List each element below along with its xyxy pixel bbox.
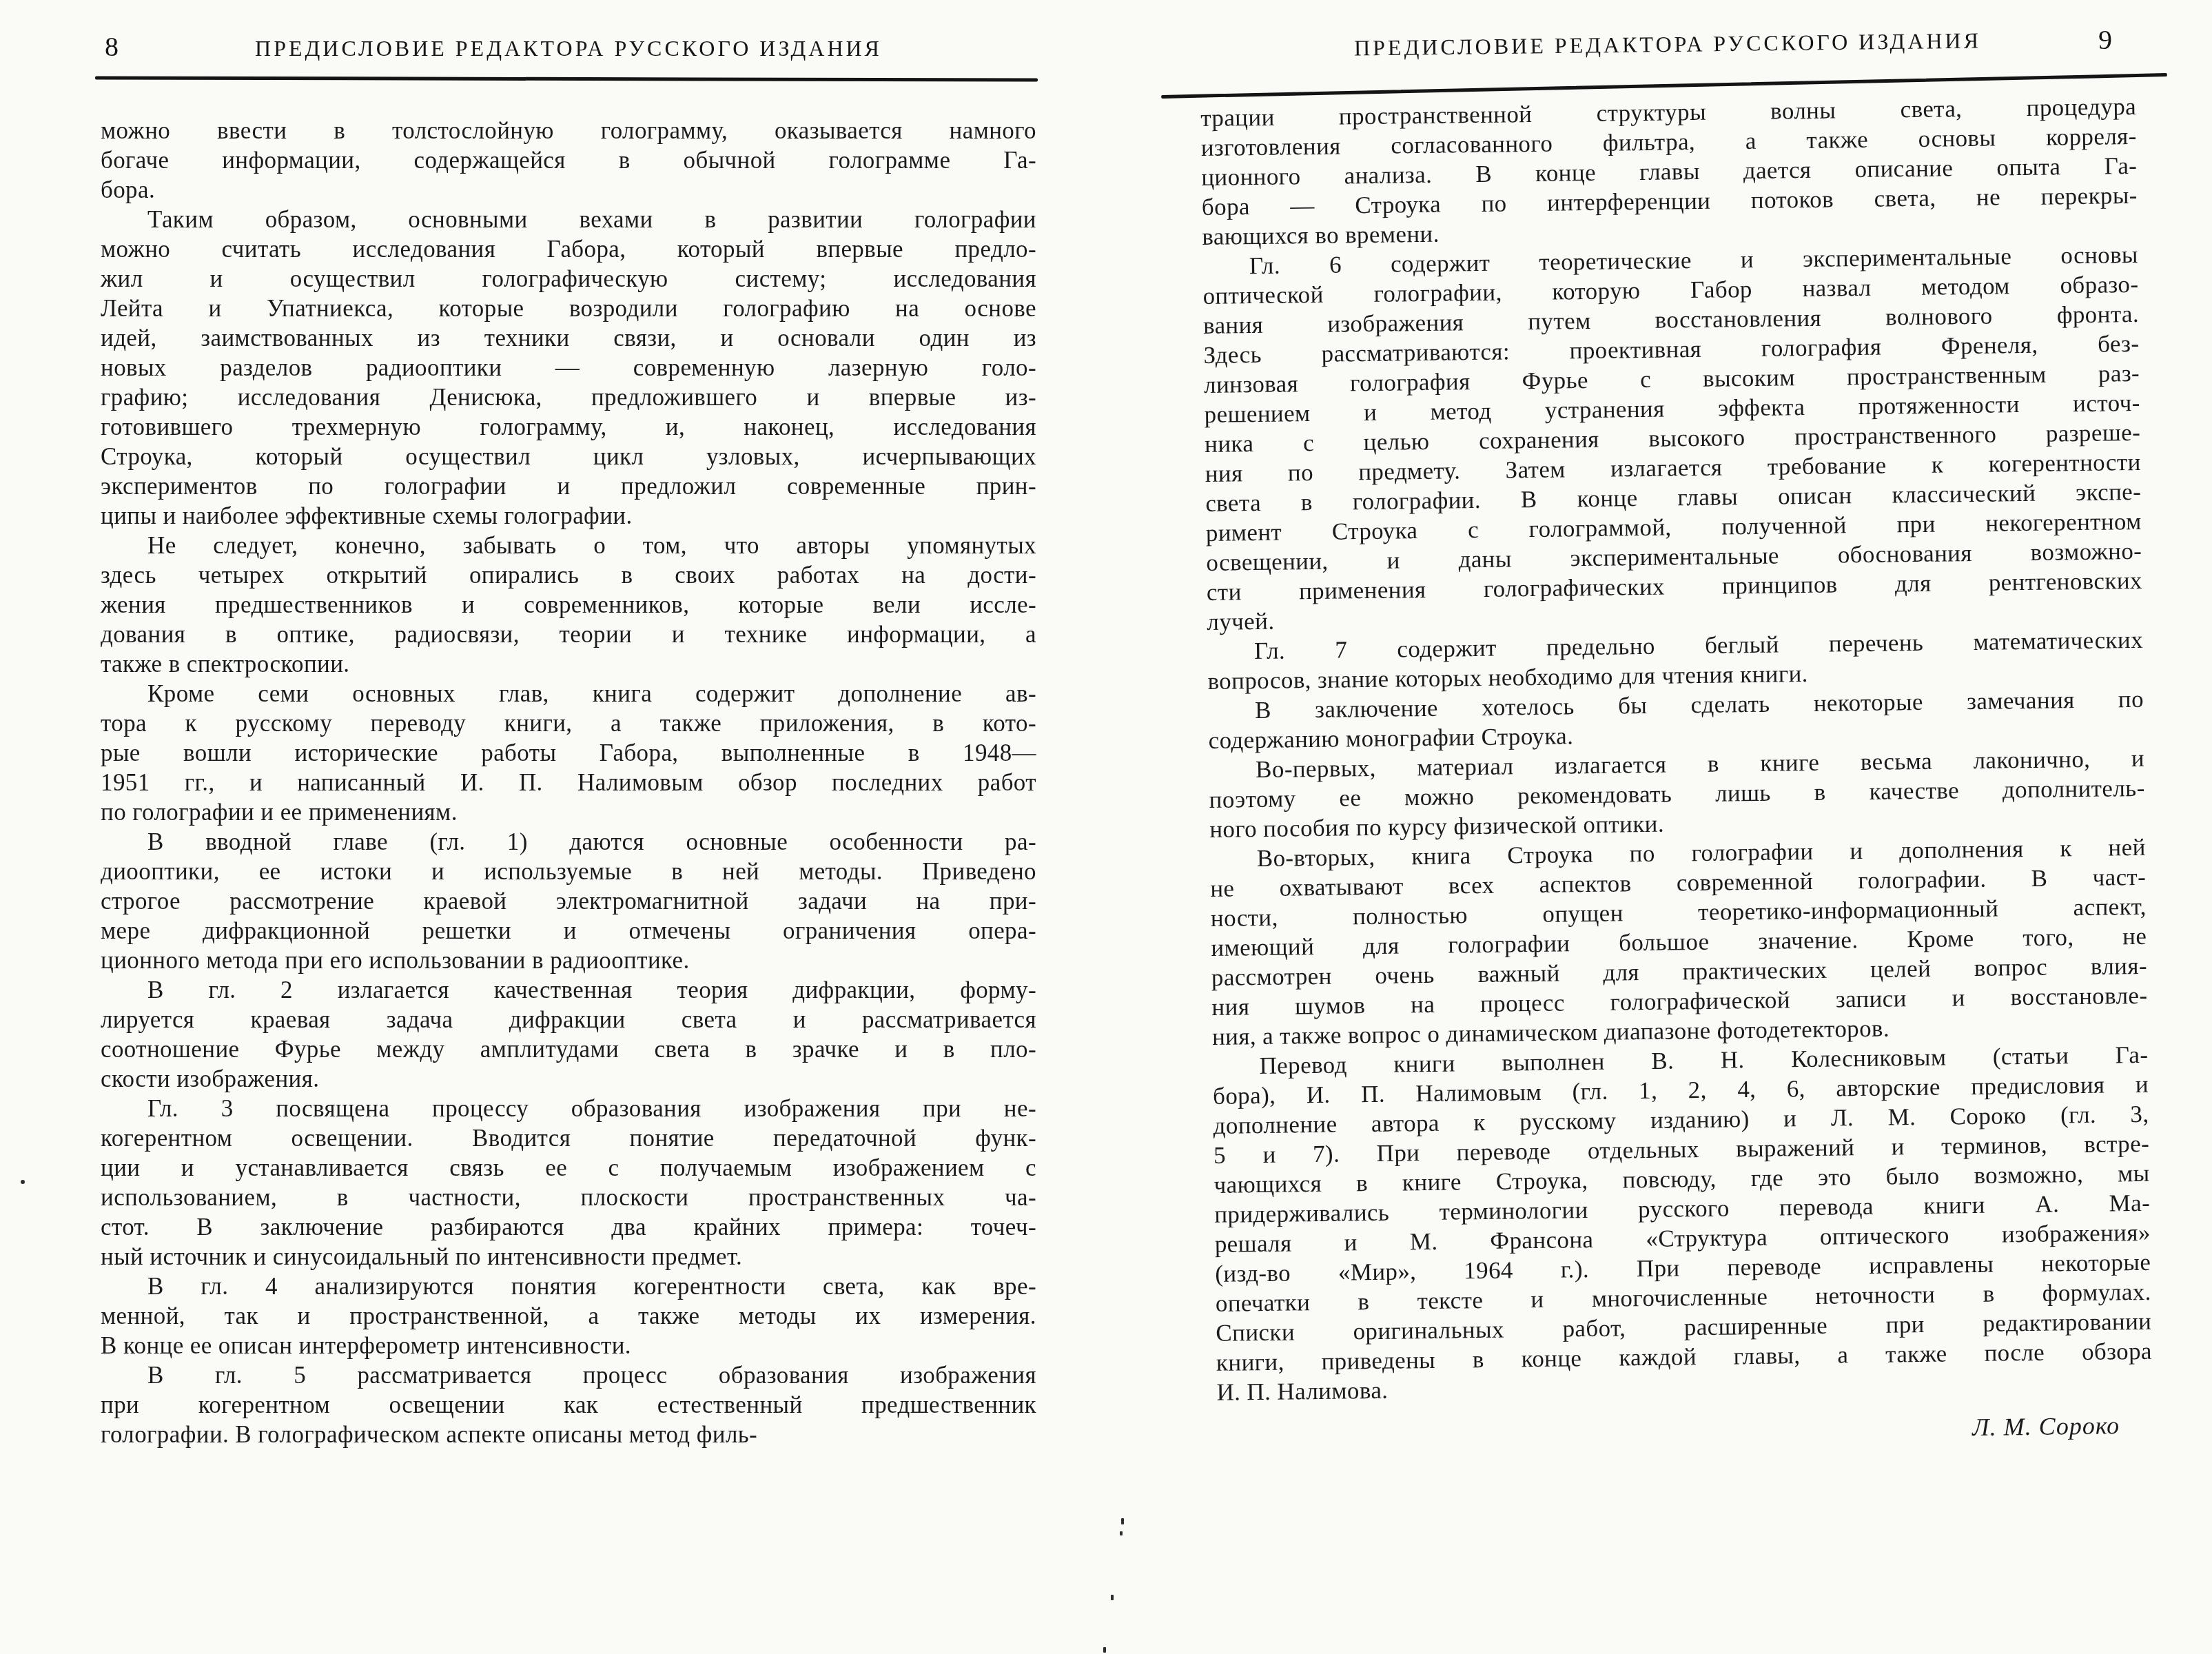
text-line: менной, так и пространственной, а также … (101, 1301, 1036, 1331)
page-number-right: 9 (2098, 23, 2112, 56)
text-line: Таким образом, основными вехами в развит… (101, 205, 1036, 234)
text-line: тора к русскому переводу книги, а также … (101, 708, 1036, 738)
text-line: готовившего трехмерную голограмму, и, на… (101, 412, 1036, 442)
text-line: богаче информации, содержащейся в обычно… (101, 145, 1036, 175)
text-line: В гл. 4 анализируются понятия когерентно… (101, 1272, 1036, 1301)
paragraph: трации пространственной структуры волны … (1200, 92, 2138, 252)
paragraph: Перевод книги выполнен В. Н. Колесниковы… (1212, 1040, 2152, 1407)
header-rule-left (95, 76, 1038, 82)
text-line: дования в оптике, радиосвязи, теории и т… (101, 620, 1036, 649)
text-line: экспериментов по голографии и предложил … (101, 471, 1036, 501)
text-line: жения предшественников и современников, … (101, 590, 1036, 620)
paragraph: Таким образом, основными вехами в развит… (101, 205, 1036, 531)
paragraph: Кроме семи основных глав, книга содержит… (101, 679, 1036, 827)
text-line: Кроме семи основных глав, книга содержит… (101, 679, 1036, 708)
text-line: скости изображения. (101, 1064, 1036, 1094)
text-line: ции и устанавливается связь ее с получае… (101, 1153, 1036, 1183)
scan-speck (21, 1180, 25, 1184)
text-line: Строука, который осуществил цикл узловых… (101, 442, 1036, 471)
text-line: по голографии и ее применениям. (101, 797, 1036, 827)
text-line: строгое рассмотрение краевой электромагн… (101, 886, 1036, 916)
scan-speck (1120, 1531, 1123, 1535)
paragraph: В гл. 5 рассматривается процесс образова… (101, 1360, 1036, 1449)
paragraph: Гл. 6 содержит теоретические и экспериме… (1202, 240, 2143, 637)
page-9-paragraphs: трации пространственной структуры волны … (1200, 92, 2153, 1407)
text-line: В конце ее описан интерферометр интенсив… (101, 1331, 1036, 1360)
scan-speck (1121, 1518, 1124, 1524)
text-line: ципы и наиболее эффективные схемы гологр… (101, 501, 1036, 531)
text-line: Гл. 3 посвящена процессу образования изо… (101, 1094, 1036, 1123)
book-spread: 8 ПРЕДИСЛОВИЕ РЕДАКТОРА РУССКОГО ИЗДАНИЯ… (0, 0, 2212, 1654)
text-line: использованием, в частности, плоскости п… (101, 1183, 1036, 1212)
paragraph: Гл. 3 посвящена процессу образования изо… (101, 1094, 1036, 1272)
running-head-right: ПРЕДИСЛОВИЕ РЕДАКТОРА РУССКОГО ИЗДАНИЯ (1199, 26, 2136, 63)
scan-speck (1111, 1595, 1114, 1600)
text-line: рые вошли исторические работы Габора, вы… (101, 738, 1036, 768)
text-line: ционного метода при его использовании в … (101, 946, 1036, 975)
text-line: здесь четырех открытий опирались в своих… (101, 560, 1036, 590)
text-line: 1951 гг., и написанный И. П. Налимовым о… (101, 768, 1036, 797)
running-head-left: ПРЕДИСЛОВИЕ РЕДАКТОРА РУССКОГО ИЗДАНИЯ (100, 36, 1037, 61)
text-line: стот. В заключение разбираются два крайн… (101, 1212, 1036, 1242)
text-line: бора. (101, 175, 1036, 205)
page-8: 8 ПРЕДИСЛОВИЕ РЕДАКТОРА РУССКОГО ИЗДАНИЯ… (0, 0, 1106, 1654)
text-line: также в спектроскопии. (101, 649, 1036, 679)
text-line: когерентном освещении. Вводится понятие … (101, 1123, 1036, 1153)
page-8-text-column: можно ввести в толстослойную голограмму,… (101, 116, 1036, 1449)
paragraph: можно ввести в толстослойную голограмму,… (101, 116, 1036, 205)
text-line: Лейта и Упатниекса, которые возродили го… (101, 294, 1036, 323)
text-line: лируется краевая задача дифракции света … (101, 1005, 1036, 1034)
text-line: голографии. В голографическом аспекте оп… (101, 1420, 1036, 1449)
text-line: В гл. 5 рассматривается процесс образова… (101, 1360, 1036, 1390)
text-line: соотношение Фурье между амплитудами свет… (101, 1034, 1036, 1064)
paragraph: Не следует, конечно, забывать о том, что… (101, 531, 1036, 679)
text-line: идей, заимствованных из техники связи, и… (101, 323, 1036, 353)
text-line: диооптики, ее истоки и используемые в не… (101, 857, 1036, 886)
scan-speck (1103, 1647, 1106, 1653)
text-line: при когерентном освещении как естественн… (101, 1390, 1036, 1420)
paragraph: В гл. 4 анализируются понятия когерентно… (101, 1272, 1036, 1360)
paragraph: В гл. 2 излагается качественная теория д… (101, 975, 1036, 1094)
paragraph: Во-вторых, книга Строука по голографии и… (1210, 833, 2149, 1052)
text-line: новых разделов радиооптики — современную… (101, 353, 1036, 382)
text-line: ный источник и синусоидальный по интенси… (101, 1242, 1036, 1272)
page-9: ПРЕДИСЛОВИЕ РЕДАКТОРА РУССКОГО ИЗДАНИЯ 9… (1106, 0, 2212, 1654)
paragraph: В вводной главе (гл. 1) даются основные … (101, 827, 1036, 975)
text-line: мере дифракционной решетки и отмечены ог… (101, 916, 1036, 946)
text-line: В гл. 2 излагается качественная теория д… (101, 975, 1036, 1005)
page-9-text-column: трации пространственной структуры волны … (1200, 92, 2153, 1452)
text-line: В вводной главе (гл. 1) даются основные … (101, 827, 1036, 857)
text-line: жил и осуществил голографическую систему… (101, 264, 1036, 294)
text-line: можно считать исследования Габора, котор… (101, 234, 1036, 264)
text-line: графию; исследования Денисюка, предложив… (101, 382, 1036, 412)
editor-signature: Л. М. Сороко (1217, 1411, 2153, 1452)
text-line: Не следует, конечно, забывать о том, что… (101, 531, 1036, 560)
paragraph: Во-первых, материал излагается в книге в… (1209, 744, 2146, 844)
text-line: можно ввести в толстослойную голограмму,… (101, 116, 1036, 145)
